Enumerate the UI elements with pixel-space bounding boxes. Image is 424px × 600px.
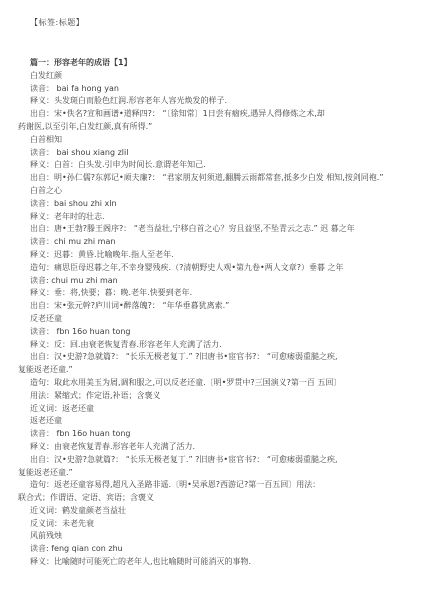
doc-line: 释义：比喻随时可能死亡的老年人,也比喻随时可能消灭的事物. [18, 556, 416, 569]
tag-header: 【标签:标题】 [18, 16, 416, 29]
doc-line: 反老还童 [18, 313, 416, 326]
doc-line: 读音： fbn 16o huan tong [18, 428, 416, 441]
doc-line: 反义词：未老先衰 [18, 518, 416, 531]
doc-line: 读音： bai fa hong yan [18, 83, 416, 96]
document-page: 【标签:标题】 篇一：形容老年的成语【1】白发红颜读音： bai fa hong… [0, 0, 424, 600]
doc-line: 读音: chui mu zhi man [18, 275, 416, 288]
doc-line: 释义：垂：将,快要；暮：晚.老年.快要到老年. [18, 287, 416, 300]
doc-line: 白发红颜 [18, 70, 416, 83]
doc-line: 造句：痛思臣母迟暮之年,不幸身婴残疾.（?清朝野史人观•第九卷•两人文章?）垂暮… [18, 262, 416, 275]
doc-line: 白首相知 [18, 134, 416, 147]
doc-line: 释义：由衰老恢复青春.形容老年人充满了活力. [18, 441, 416, 454]
doc-line: 出自：汉•史游?急就篇?： “长乐无极老复丁.” ?旧唐书•宦官书?： “可愈痿… [18, 454, 416, 467]
section-title: 篇一：形容老年的成语【1】 [18, 57, 416, 70]
doc-line: 释义：白首：白头发.引申为时间长.意谓老年知己. [18, 159, 416, 172]
doc-line: 白首之心 [18, 185, 416, 198]
doc-line: 药谢医,以至引年,白发红颜,真有所得.” [18, 121, 416, 134]
doc-line: 读音： fbn 16o huan tong [18, 326, 416, 339]
doc-line: 联合式；作谓语、定语、宾语；含褒义 [18, 492, 416, 505]
doc-line: 出自：宋•佚名?宣和画谱•道释四?： “〔徐知常〕1日尝有痼疾,遇异人得修炼之术… [18, 108, 416, 121]
doc-line: 释义：头发斑白而脸色红润.形容老年人容光焕发的样子. [18, 95, 416, 108]
doc-line: 复能返老还童.” [18, 467, 416, 480]
doc-line: 释义：反：回.由衰老恢复青春.形容老年人充满了活力. [18, 339, 416, 352]
doc-line: 出自：宋•张元幹?庐川词•醉落魄?： “年华垂暮犹离索.” [18, 300, 416, 313]
doc-line: 释义：老年时的壮志. [18, 211, 416, 224]
doc-line: 读音：chi mu zhi man [18, 236, 416, 249]
doc-line: 读音: feng qian con zhu [18, 543, 416, 556]
doc-line: 复能返老还童.” [18, 364, 416, 377]
doc-line: 出自：汉•史游?急就篇?： “长乐无极老复丁.” ?旧唐书•宦官书?： “可愈痿… [18, 351, 416, 364]
doc-line: 出自：明•孙仁儒?东郭记•顽夫廉?： “君家朋友何须道,翻腾云雨都常套,抵多少白… [18, 172, 416, 185]
doc-line: 造句：取此水用美玉为屑,调和服之,可以反老还童.〔明•罗贯中?三国演义?第一百 … [18, 377, 416, 390]
doc-line: 近义词：鹤发童颜老当益壮 [18, 505, 416, 518]
doc-line: 读音：bai shou zhi xln [18, 198, 416, 211]
doc-line: 风前残烛 [18, 530, 416, 543]
header-gap [18, 29, 416, 57]
doc-line: 出自：唐•王勃?滕王阁序?： “老当益壮,宁移白首之心？穷且益坚,不坠青云之志.… [18, 223, 416, 236]
doc-line: 释义：迟暮：黄昏.比喻晚年.指人至老年. [18, 249, 416, 262]
doc-line: 返老还童 [18, 415, 416, 428]
doc-line: 近义词：返老还童 [18, 403, 416, 416]
doc-line: 造句：返老还童容易得,超凡入圣路非遥.〔明•吴承恩?西游记?第一百五回〕用法： [18, 479, 416, 492]
document-body: 篇一：形容老年的成语【1】白发红颜读音： bai fa hong yan释义：头… [18, 57, 416, 569]
doc-line: 读音： bai shou xiang zlil [18, 147, 416, 160]
doc-line: 用法：紧缩式；作定语,补语；含褒义 [18, 390, 416, 403]
